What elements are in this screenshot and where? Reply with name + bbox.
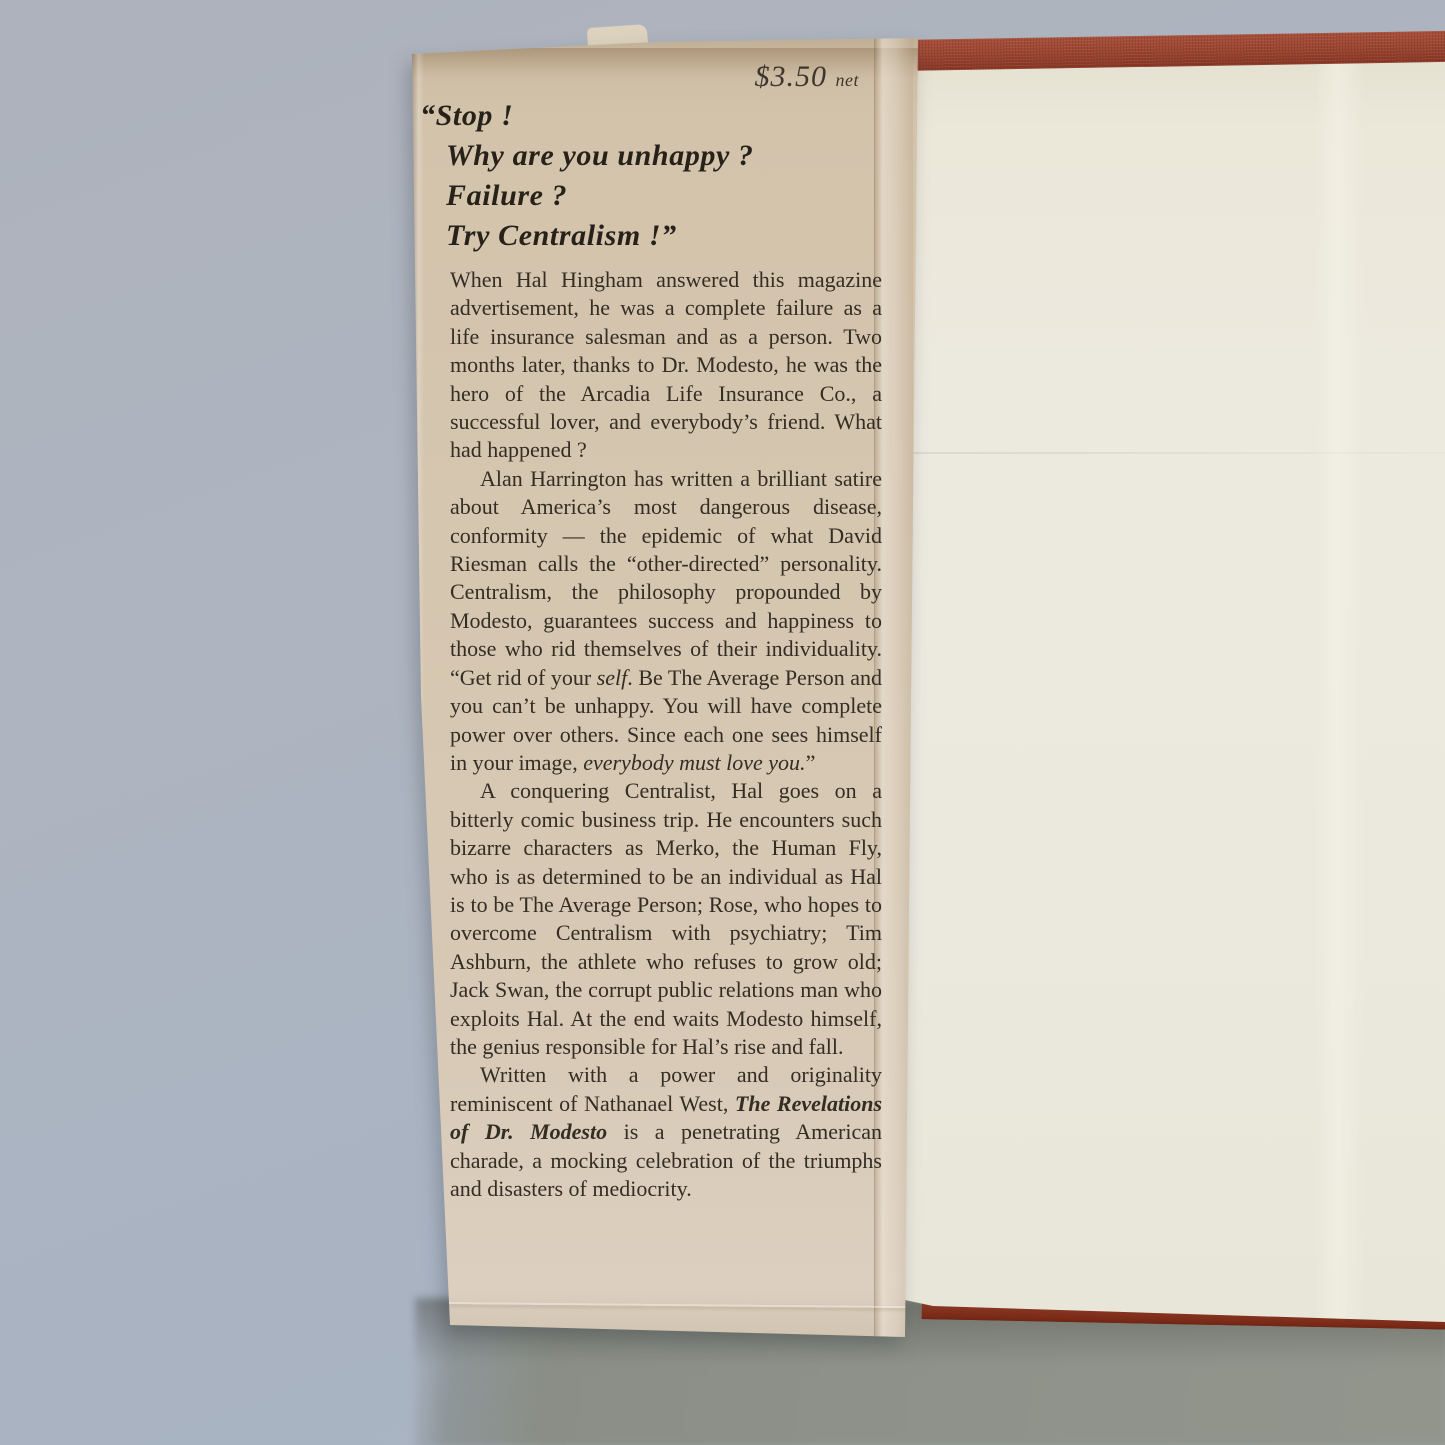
- endpaper-page: [905, 54, 1445, 1326]
- text-segment: Alan Harrington has written a brilliant …: [450, 466, 882, 690]
- flap-paragraph: Written with a power and originality rem…: [450, 1061, 882, 1203]
- flap-paragraph: When Hal Hingham answered this magazine …: [450, 266, 882, 465]
- flap-bottom-crease: [439, 1302, 907, 1308]
- text-segment: self: [597, 665, 628, 690]
- flap-paper: $3.50 net “Stop ! Why are you unhappy ? …: [405, 36, 921, 1342]
- text-segment: A conquering Centralist, Hal goes on a b…: [450, 778, 882, 1059]
- book-photo: $3.50 net “Stop ! Why are you unhappy ? …: [0, 0, 1445, 1445]
- text-segment: everybody must love you.: [583, 750, 805, 775]
- text-segment: When Hal Hingham answered this magazine …: [450, 267, 882, 462]
- dust-jacket-flap: $3.50 net “Stop ! Why are you unhappy ? …: [405, 36, 921, 1342]
- text-segment: ”: [806, 750, 816, 775]
- headline-line: Try Centralism !”: [446, 216, 754, 256]
- headline-line: “Stop !: [446, 96, 754, 136]
- price-label: $3.50 net: [755, 60, 860, 94]
- headline-line: Failure ?: [446, 176, 754, 216]
- price-value: $3.50: [755, 60, 828, 93]
- headline-block: “Stop ! Why are you unhappy ? Failure ? …: [420, 96, 754, 256]
- flap-paragraph: Alan Harrington has written a brilliant …: [450, 465, 882, 777]
- headline-line: Why are you unhappy ?: [446, 136, 754, 176]
- price-unit: net: [836, 70, 860, 90]
- flap-paragraph: A conquering Centralist, Hal goes on a b…: [450, 777, 882, 1061]
- page-crease: [905, 452, 1445, 454]
- flap-body-text: When Hal Hingham answered this magazine …: [450, 266, 882, 1203]
